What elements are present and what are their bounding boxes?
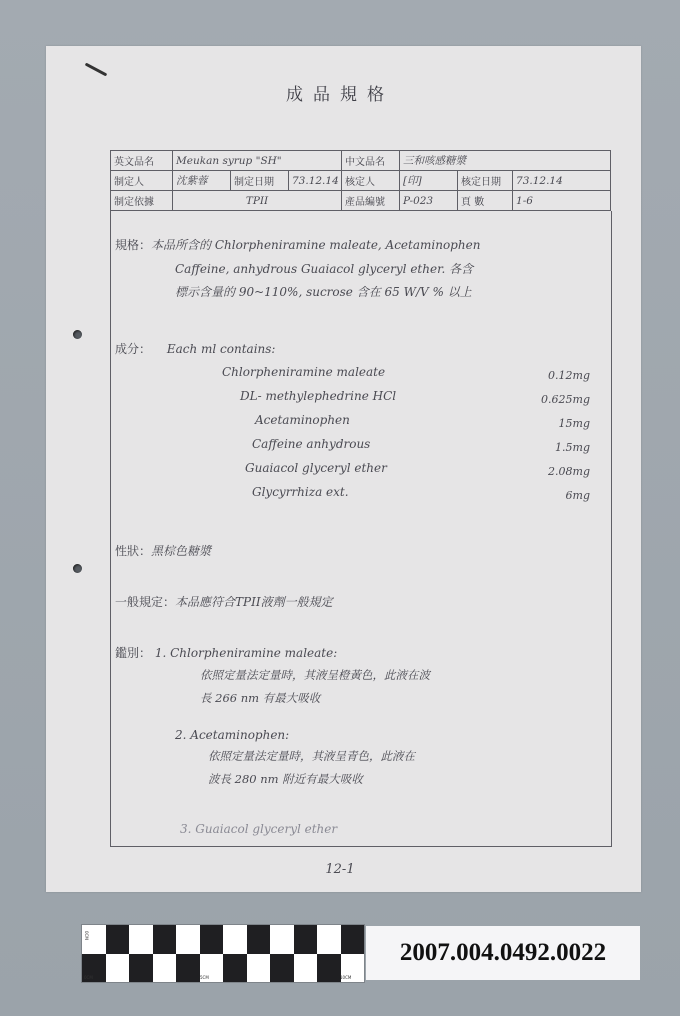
spec-line-2: Caffeine, anhydrous Guaiacol glyceryl et… <box>175 260 473 277</box>
approve-date-label: 核定日期 <box>458 171 513 191</box>
scale-square <box>270 954 294 983</box>
id-item-2-line-2: 波長 280 nm 附近有最大吸收 <box>208 771 363 787</box>
spec-line-3: 標示含量的 90~110%, sucrose 含在 65 W/V % 以上 <box>175 283 472 300</box>
id-item-3-heading: Guaiacol glyceryl ether <box>195 822 337 836</box>
id-item-2-heading: Acetaminophen: <box>190 728 289 742</box>
accession-number-label: 2007.004.0492.0022 <box>366 926 640 980</box>
ingredient-name: Guaiacol glyceryl ether <box>245 461 387 475</box>
formula-intro: Each ml contains: <box>167 342 276 356</box>
author-value: 沈紫蓉 <box>173 171 231 191</box>
chinese-name-label: 中文品名 <box>342 151 400 171</box>
general-text: 本品應符合TPII液劑一般規定 <box>175 595 333 609</box>
author-label: 制定人 <box>111 171 173 191</box>
ingredient-name: Caffeine anhydrous <box>252 437 370 451</box>
product-no-value: P-023 <box>400 191 458 211</box>
spec-label: 規格： <box>115 238 151 252</box>
english-name-label: 英文品名 <box>111 151 173 171</box>
ingredient-name: Chlorpheniramine maleate <box>222 365 385 379</box>
appearance-label: 性狀： <box>115 544 151 558</box>
ingredient-amount: 6mg <box>520 489 590 502</box>
color-scale-bar: 0CM 0CM 5CM 10CM <box>81 924 365 983</box>
formula-section: 成分： Each ml contains: <box>115 340 275 357</box>
scale-label-0: 0CM <box>84 975 93 980</box>
product-no-label: 產品編號 <box>342 191 400 211</box>
pages-label: 頁 數 <box>458 191 513 211</box>
binder-hole-bottom <box>73 564 82 573</box>
page-number: 12-1 <box>0 862 680 877</box>
scale-square <box>129 954 153 983</box>
basis-value: TPII <box>173 191 342 211</box>
ingredient-amount: 0.12mg <box>520 369 590 382</box>
scale-square <box>153 925 177 954</box>
identification-section: 鑑別： 1. Chlorpheniramine maleate: <box>115 644 337 661</box>
identification-label: 鑑別： <box>115 646 151 660</box>
id-item-3: 3. Guaiacol glyceryl ether <box>180 822 337 836</box>
english-name-value: Meukan syrup "SH" <box>173 151 342 171</box>
id-item-1-line-2: 長 266 nm 有最大吸收 <box>200 690 320 706</box>
basis-label: 制定依據 <box>111 191 173 211</box>
ingredient-amount: 2.08mg <box>520 465 590 478</box>
spec-section: 規格：本品所含的 Chlorpheniramine maleate, Aceta… <box>115 236 480 253</box>
scale-square <box>223 954 247 983</box>
pen-mark <box>85 63 108 77</box>
scale-square <box>294 925 318 954</box>
header-row-basis: 制定依據 TPII 產品編號 P-023 頁 數 1-6 <box>111 191 611 211</box>
id-item-2-line-1: 依照定量法定量時，其液呈青色，此液在 <box>208 748 415 764</box>
scale-square <box>200 925 224 954</box>
id-item-3-marker: 3. <box>180 822 191 836</box>
date-value: 73.12.14 <box>289 171 342 191</box>
appearance-text: 黑棕色糖漿 <box>151 544 211 558</box>
binder-hole-top <box>73 330 82 339</box>
chinese-name-value: 三和咳感糖漿 <box>400 151 611 171</box>
scale-label-top: 0CM <box>84 931 89 940</box>
id-item-1-heading: Chlorpheniramine maleate: <box>170 646 337 660</box>
approver-label: 核定人 <box>342 171 400 191</box>
scale-label-5: 5CM <box>200 975 209 980</box>
id-item-2-marker: 2. <box>175 728 186 742</box>
header-row-names: 英文品名 Meukan syrup "SH" 中文品名 三和咳感糖漿 <box>111 151 611 171</box>
scale-square <box>106 925 130 954</box>
scale-square <box>341 925 365 954</box>
ingredient-amount: 15mg <box>520 417 590 430</box>
spec-line-1: 本品所含的 Chlorpheniramine maleate, Acetamin… <box>151 238 480 252</box>
date-label: 制定日期 <box>231 171 289 191</box>
id-item-1-marker: 1. <box>155 646 166 660</box>
scale-label-10: 10CM <box>340 975 351 980</box>
ingredient-name: DL- methylephedrine HCl <box>240 389 396 403</box>
approver-seal: [印] <box>400 171 458 191</box>
general-section: 一般規定：本品應符合TPII液劑一般規定 <box>115 593 333 610</box>
approve-date-value: 73.12.14 <box>513 171 611 191</box>
general-label: 一般規定： <box>115 595 175 609</box>
appearance-section: 性狀：黑棕色糖漿 <box>115 542 211 559</box>
formula-label: 成分： <box>115 342 151 356</box>
pages-value: 1-6 <box>513 191 611 211</box>
page-title: 成品規格 <box>0 80 680 105</box>
id-item-1-line-1: 依照定量法定量時，其液呈橙黃色，此液在波 <box>200 667 430 683</box>
scale-square <box>176 954 200 983</box>
scale-square <box>247 925 271 954</box>
ingredient-name: Glycyrrhiza ext. <box>252 485 349 499</box>
header-row-authors: 制定人 沈紫蓉 制定日期 73.12.14 核定人 [印] 核定日期 73.12… <box>111 171 611 191</box>
scale-square <box>317 954 341 983</box>
ingredient-amount: 1.5mg <box>520 441 590 454</box>
id-item-2: 2. Acetaminophen: <box>175 728 289 742</box>
header-table: 英文品名 Meukan syrup "SH" 中文品名 三和咳感糖漿 制定人 沈… <box>110 150 611 211</box>
ingredient-name: Acetaminophen <box>255 413 350 427</box>
ingredient-amount: 0.625mg <box>520 393 590 406</box>
